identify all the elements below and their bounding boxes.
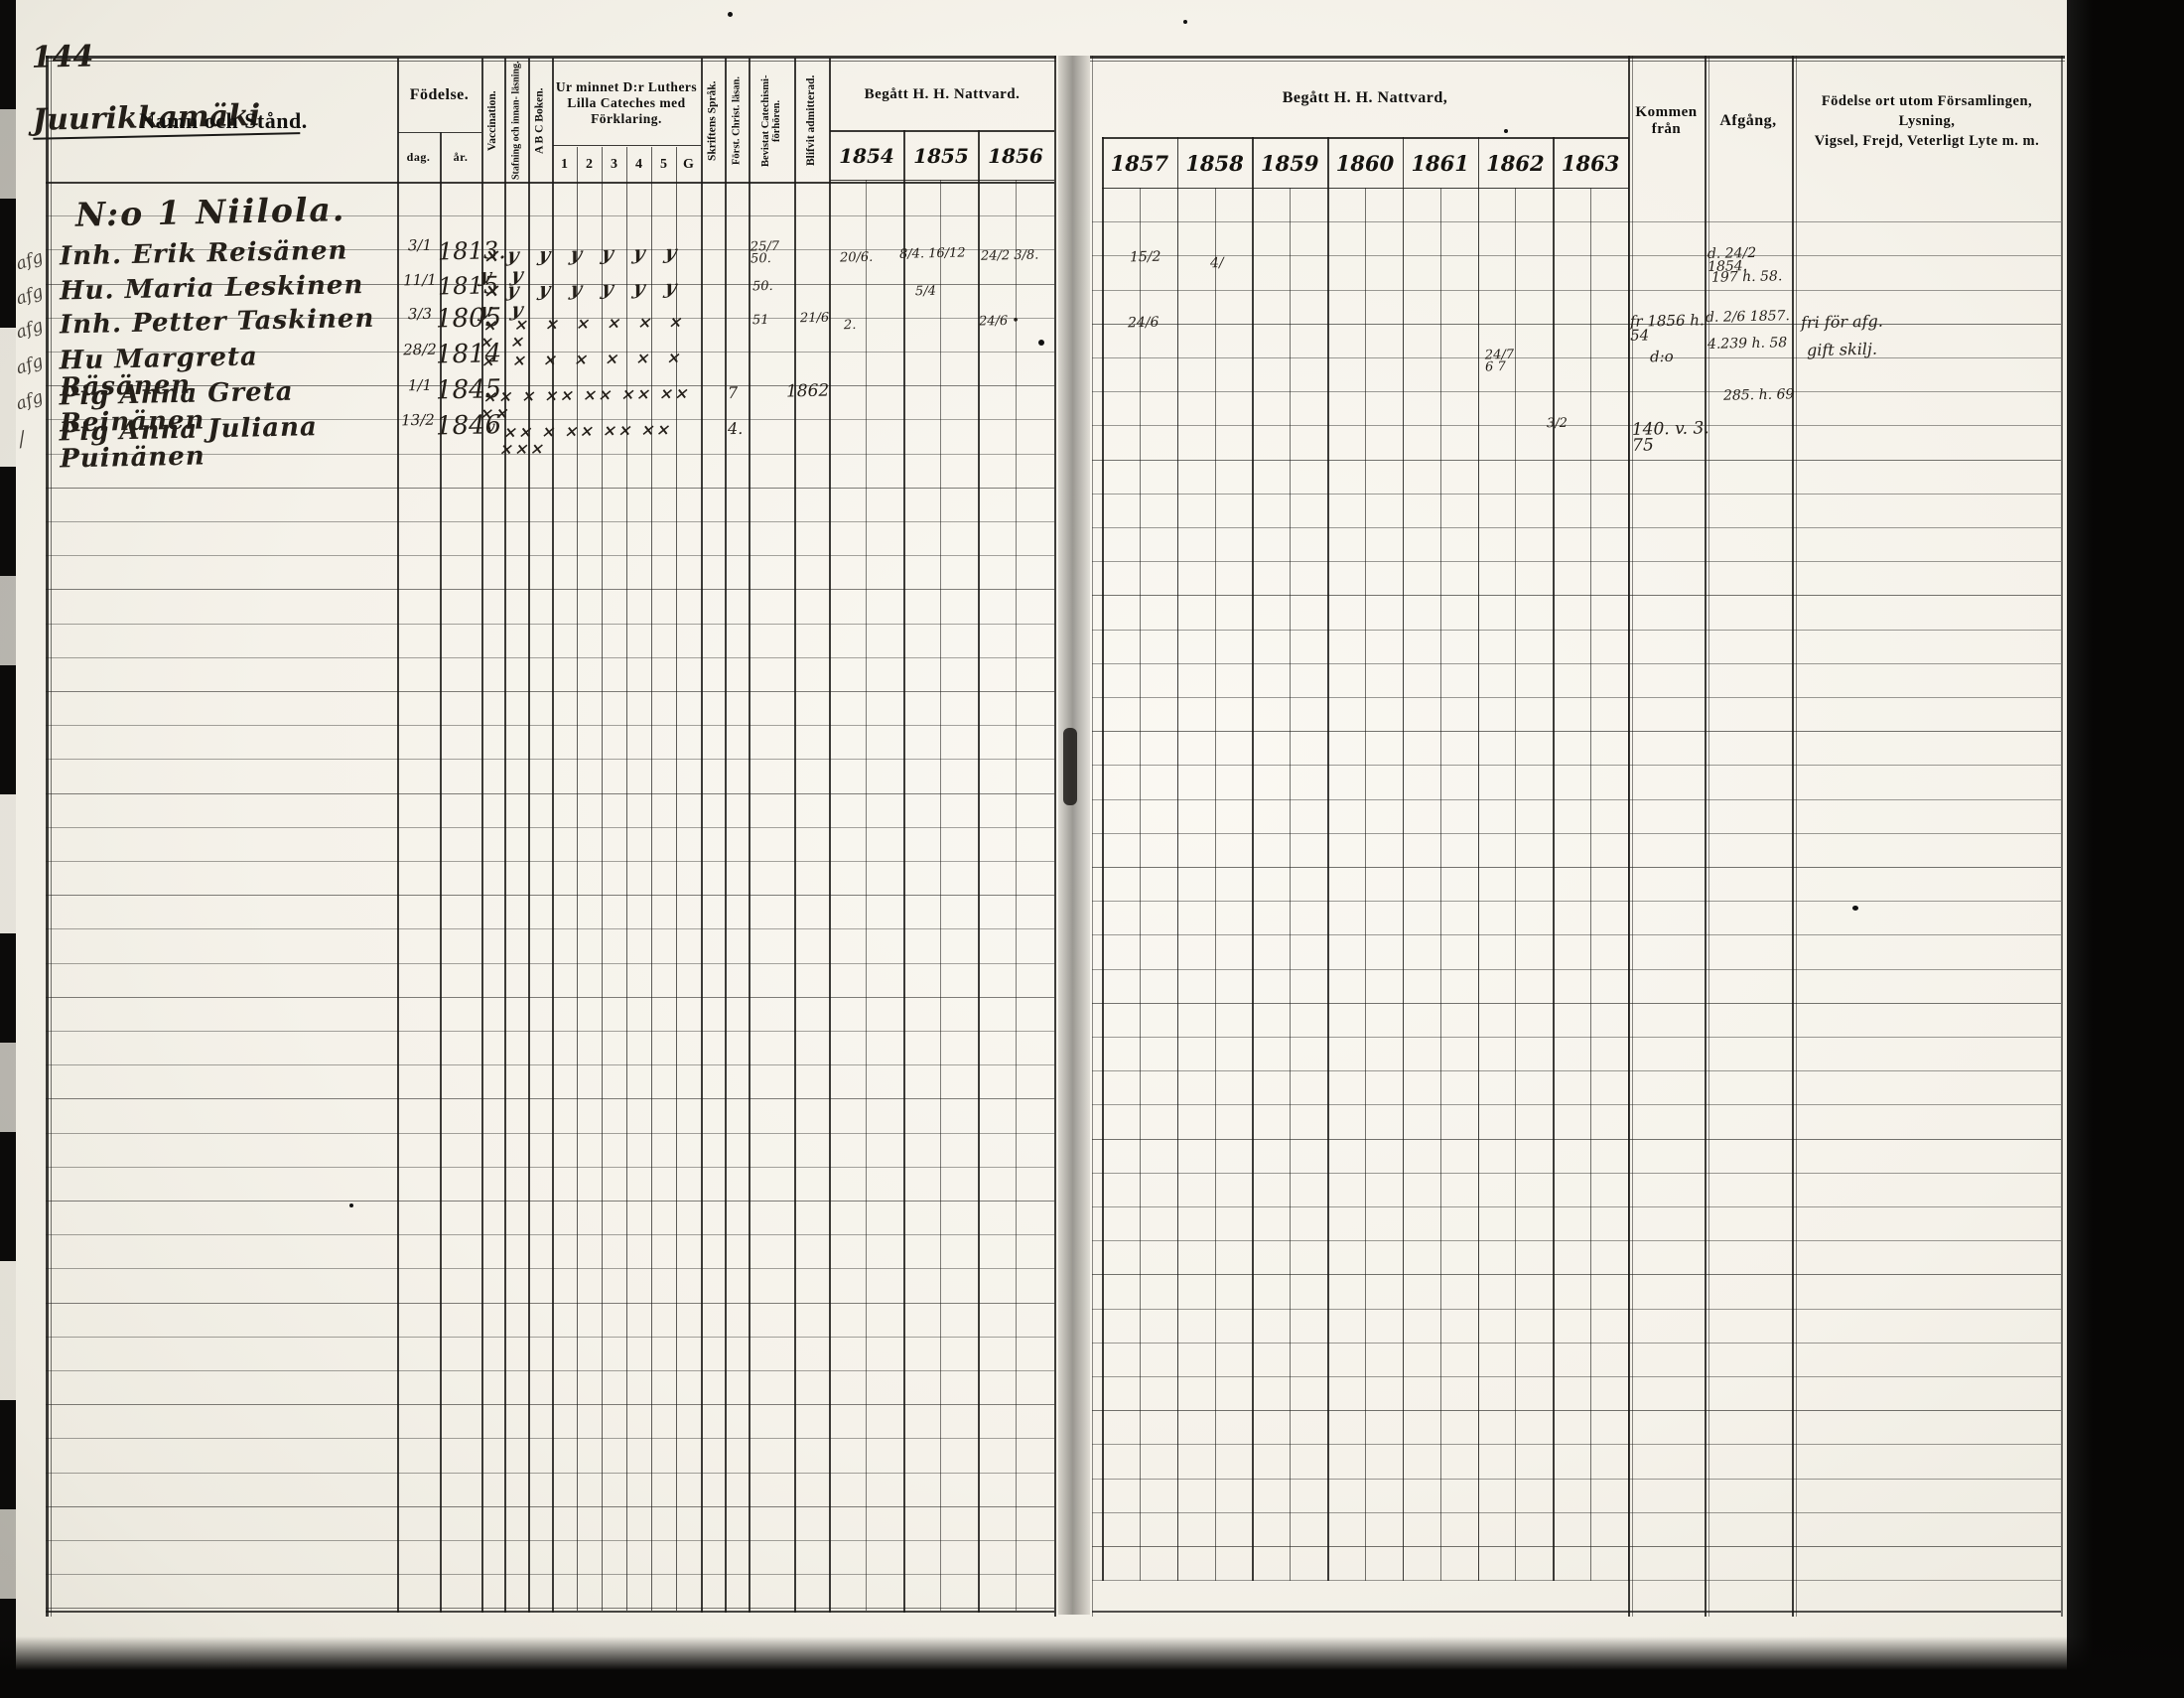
grid-line — [46, 997, 1054, 998]
grid-line — [1092, 1444, 2061, 1445]
grid-line — [1092, 765, 2061, 766]
grid-line — [1092, 460, 2061, 461]
grid-line — [1092, 221, 2061, 222]
entry-marks: × × × × × × × × × — [478, 314, 710, 351]
entry-year: 1845 — [436, 376, 486, 404]
grid-line — [1092, 425, 2061, 426]
col-header-attended-exams: Bevistat Catechismi- förhören. — [750, 60, 793, 182]
entry-year: 1815 — [438, 274, 484, 300]
grid-line — [1252, 137, 1254, 1581]
grid-line — [1403, 137, 1405, 1581]
grid-line — [1092, 1240, 2061, 1241]
entry-y1862: 24/7 6 7 — [1485, 350, 1528, 375]
entry-margin: afg — [14, 313, 61, 344]
grid-line — [1090, 61, 2065, 62]
communion-year-1858: 1858 — [1177, 139, 1253, 188]
entry-y1856: 24/2 3/8. — [981, 249, 1052, 263]
grid-line — [1327, 137, 1329, 1581]
ink-speck — [1038, 340, 1044, 346]
grid-line — [46, 1064, 1054, 1065]
grid-line — [1090, 56, 2065, 59]
grid-line — [1140, 188, 1141, 1581]
col-header-afgang: Afgång, — [1706, 60, 1791, 182]
grid-line — [1092, 255, 2061, 256]
grid-line — [1092, 1410, 2061, 1411]
grid-line — [46, 963, 1054, 964]
entry-y1857: 15/2 — [1130, 251, 1161, 265]
grid-line — [2061, 56, 2063, 1617]
catechism-col-2: 2 — [577, 147, 602, 182]
grid-line — [46, 61, 1056, 62]
col-header-communion-right: Begått H. H. Nattvard, — [1102, 60, 1628, 137]
entry-afgang: 4.239 h. 58 — [1707, 337, 1791, 352]
grid-line — [46, 1201, 1054, 1202]
entry-bevistat: 51 — [752, 315, 776, 328]
grid-line — [1092, 1206, 2061, 1207]
grid-line — [1092, 697, 2061, 698]
entry-afgang: d. 2/6 1857. — [1706, 310, 1797, 325]
grid-line — [1092, 934, 2061, 935]
grid-line — [1092, 494, 2061, 495]
entry-afgang: 197 h. 58. — [1711, 270, 1787, 285]
grid-line — [1553, 137, 1555, 1581]
grid-line — [1092, 1173, 2061, 1174]
entry-y1857: 24/6 — [1128, 317, 1161, 331]
entry-kommen: 140. v. 3. 75 — [1632, 420, 1718, 454]
catechism-col-1: 1 — [552, 147, 577, 182]
scan-edge-right — [2067, 0, 2184, 1698]
grid-line — [46, 1337, 1054, 1338]
grid-line — [46, 555, 1054, 556]
grid-line — [1092, 391, 2061, 392]
scan-edge-left — [0, 0, 16, 1698]
grid-line — [1092, 901, 2061, 902]
col-header-name: Namn och Stånd. — [52, 60, 395, 182]
entry-admitted: 21/6 — [800, 313, 828, 326]
grid-line — [1092, 1274, 2061, 1275]
grid-line — [1515, 188, 1516, 1581]
grid-line — [1102, 137, 1104, 1581]
grid-line — [1092, 1309, 2061, 1310]
col-header-scripture: Skriftens Språk. — [702, 60, 724, 182]
grid-line — [829, 58, 831, 1613]
grid-line — [1092, 561, 2061, 562]
communion-year-1859: 1859 — [1252, 139, 1327, 188]
col-header-birth-day: dag. — [398, 132, 439, 182]
entry-y1854: 20/6. — [840, 252, 882, 265]
grid-line — [46, 1031, 1054, 1032]
entry-margin: afg — [14, 244, 61, 275]
grid-line — [1092, 1512, 2061, 1513]
grid-line — [1092, 595, 2061, 596]
grid-line — [46, 1167, 1054, 1168]
grid-line — [725, 58, 727, 1613]
scanned-church-record-spread: 144 Juurikkamäki Namn och Stånd. Födelse… — [0, 0, 2184, 1698]
entry-kommen: d:o — [1650, 350, 1684, 364]
grid-line — [1215, 188, 1216, 1581]
entry-day: 13/2 — [399, 413, 437, 430]
grid-line — [46, 1574, 1054, 1575]
grid-line — [1092, 867, 2061, 868]
grid-line — [46, 1473, 1054, 1474]
entry-year: 1805 — [436, 305, 486, 333]
grid-line — [1092, 1070, 2061, 1071]
grid-line — [1365, 188, 1366, 1581]
grid-line — [46, 1098, 1054, 1099]
grid-line — [1092, 1139, 2061, 1140]
entry-name: Inh. Erik Reisänen — [60, 236, 392, 270]
ink-speck — [1504, 129, 1508, 133]
grid-line — [1628, 137, 1630, 1581]
entry-y1863: 3/2 — [1547, 418, 1572, 431]
grid-line — [46, 56, 1056, 59]
grid-line — [46, 895, 1054, 896]
grid-line — [46, 1234, 1054, 1235]
grid-line — [1092, 799, 2061, 800]
col-header-abc: A B C Boken. — [529, 60, 551, 182]
col-header-kommen-fran: Kommen från — [1629, 60, 1704, 182]
entry-day: 1/1 — [401, 378, 439, 395]
col-header-admitted: Blifvit admitterad. — [795, 60, 828, 182]
grid-line — [46, 691, 1054, 692]
grid-line — [1092, 527, 2061, 528]
grid-line — [46, 1506, 1054, 1507]
grid-line — [46, 1438, 1054, 1439]
grid-line — [1590, 188, 1591, 1581]
entry-y1858: 4/ — [1210, 257, 1232, 271]
ink-speck — [1852, 906, 1858, 911]
grid-line — [46, 1370, 1054, 1371]
grid-line — [1092, 1003, 2061, 1004]
grid-line — [46, 1608, 1054, 1609]
entry-notes: gift skilj. — [1807, 341, 1916, 357]
entry-notes: fri för afg. — [1801, 313, 1930, 331]
col-header-vaccination: Vaccination. — [482, 60, 503, 182]
entry-margin: afg — [14, 279, 61, 310]
grid-line — [46, 928, 1054, 929]
communion-year-1856: 1856 — [979, 132, 1052, 180]
entry-year: 1846 — [436, 412, 486, 440]
grid-line — [794, 58, 796, 1613]
entry-y1855: 5/4 — [915, 286, 941, 299]
entry-day: 3/1 — [401, 238, 439, 255]
ink-speck — [349, 1203, 353, 1207]
grid-line — [1177, 137, 1179, 1581]
entry-y1854: 2. — [844, 320, 864, 333]
grid-line — [1092, 833, 2061, 834]
entry-year: 1814 — [436, 341, 486, 368]
communion-year-1855: 1855 — [904, 132, 978, 180]
grid-line — [46, 488, 1054, 489]
entry-y1856: 24/6 • — [979, 315, 1026, 328]
grid-line — [1440, 188, 1441, 1581]
grid-line — [46, 521, 1054, 522]
entry-marks: × × × × × × × — [480, 350, 708, 370]
entry-name: N:o 1 Niilola. — [75, 191, 434, 232]
col-header-communion-left: Begått H. H. Nattvard. — [830, 60, 1054, 130]
grid-line — [1092, 1611, 2061, 1613]
catechism-col-4: 4 — [626, 147, 651, 182]
col-header-catechism: Ur minnet D:r Luthers Lilla Cateches med… — [553, 62, 700, 145]
communion-year-1863: 1863 — [1553, 139, 1628, 188]
grid-line — [46, 1611, 1054, 1613]
catechism-col-3: 3 — [602, 147, 626, 182]
grid-line — [1092, 731, 2061, 732]
entry-name: Hu. Maria Leskinen — [60, 271, 392, 305]
entry-marks: ×× × ×× ×× ×× ×× ×× — [478, 385, 710, 422]
grid-line — [46, 827, 1054, 828]
communion-year-1857: 1857 — [1102, 139, 1177, 188]
grid-line — [46, 725, 1054, 726]
communion-year-1861: 1861 — [1403, 139, 1478, 188]
communion-year-1854: 1854 — [830, 132, 903, 180]
grid-line — [46, 589, 1054, 590]
grid-line — [397, 58, 399, 1613]
col-header-christ-reading: Först. Christ. läsan. — [726, 60, 748, 182]
entry-christ: 4. — [728, 421, 746, 437]
entry-bevistat: 25/7 50. — [751, 241, 797, 267]
grid-line — [1092, 1104, 2061, 1105]
communion-year-1860: 1860 — [1327, 139, 1403, 188]
catechism-col-G: G — [676, 147, 701, 182]
grid-line — [46, 657, 1054, 658]
grid-line — [46, 1540, 1054, 1541]
entry-y1855: 8/4. 16/12 — [899, 247, 977, 261]
communion-year-1862: 1862 — [1478, 139, 1554, 188]
grid-line — [1478, 137, 1480, 1581]
entry-name: Pig Anna Juliana Puinänen — [59, 412, 397, 474]
grid-line — [1092, 1037, 2061, 1038]
grid-line — [46, 1303, 1054, 1304]
grid-line — [1290, 188, 1291, 1581]
col-header-birthplace-notes: Födelse ort utom Församlingen, Lysning, … — [1793, 60, 2061, 182]
grid-line — [1054, 56, 1056, 1617]
entry-kommen: fr 1856 h. 54 — [1630, 313, 1706, 343]
entry-day: 28/2 — [401, 343, 439, 359]
entry-margin: afg — [14, 349, 61, 379]
grid-line — [1092, 663, 2061, 664]
grid-line — [1092, 630, 2061, 631]
grid-line — [46, 793, 1054, 794]
ink-speck — [728, 12, 733, 17]
grid-line — [830, 180, 1054, 181]
grid-line — [1092, 1580, 2061, 1581]
grid-line — [46, 624, 1054, 625]
grid-line — [1092, 1376, 2061, 1377]
grid-line — [46, 1404, 1054, 1405]
entry-admitted: 1862 — [786, 383, 830, 400]
grid-line — [1092, 1343, 2061, 1344]
grid-line — [46, 1268, 1054, 1269]
entry-margin: afg — [14, 384, 61, 415]
grid-line — [1092, 1546, 2061, 1547]
entry-vacc: v — [486, 419, 504, 435]
entry-day: 11/1 — [401, 273, 439, 290]
entry-day: 3/3 — [401, 307, 439, 324]
book-gutter-shadow — [1058, 56, 1090, 1615]
entry-christ: 7 — [728, 385, 746, 401]
grid-line — [1092, 357, 2061, 358]
gutter-ink-blot — [1063, 728, 1077, 805]
entry-name: Inh. Petter Taskinen — [60, 305, 392, 339]
scan-edge-bottom — [0, 1636, 2184, 1698]
entry-bevistat: 50. — [752, 281, 782, 294]
grid-line — [1092, 1479, 2061, 1480]
entry-year: 1813. — [438, 239, 484, 265]
col-header-birth: Födelse. — [398, 60, 480, 130]
ink-speck — [1183, 20, 1187, 24]
grid-line — [749, 58, 751, 1613]
catechism-col-5: 5 — [651, 147, 676, 182]
col-header-birth-year: år. — [441, 132, 480, 182]
entry-marks: ×× × ×× ×× ×× ××× — [498, 421, 710, 458]
grid-line — [46, 759, 1054, 760]
grid-line — [1092, 290, 2061, 291]
grid-line — [46, 861, 1054, 862]
grid-line — [46, 1133, 1054, 1134]
grid-line — [1092, 969, 2061, 970]
col-header-spelling: Stafning och innan- läsning. — [505, 60, 527, 182]
entry-afgang: 285. h. 69 — [1723, 388, 1799, 403]
